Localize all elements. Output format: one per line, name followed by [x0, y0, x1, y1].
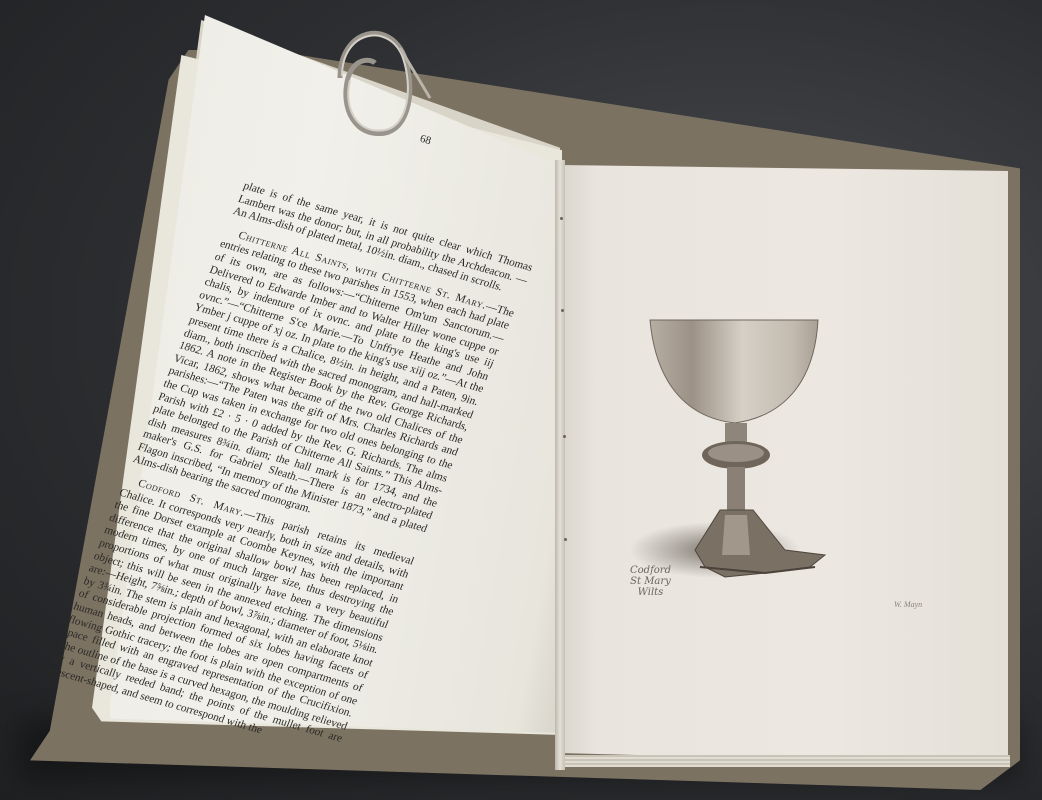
chalice-etching-icon — [625, 305, 865, 590]
caption-line: Codford — [630, 565, 671, 576]
photo-scene: 68 plate is of the same year, it is not … — [0, 0, 1042, 800]
binding-stitch — [561, 309, 564, 312]
binding-stitch — [563, 435, 566, 438]
caption-line: St Mary — [630, 576, 671, 587]
artist-signature: W. Mayn — [894, 600, 922, 609]
binding-stitch — [560, 217, 563, 220]
binding-stitch — [564, 538, 567, 541]
book-gutter — [555, 160, 565, 770]
etching-caption: Codford St Mary Wilts — [630, 565, 671, 598]
ribbon-bookmark-icon — [330, 18, 450, 148]
page-edges — [560, 755, 1010, 767]
caption-line: Wilts — [630, 587, 671, 598]
